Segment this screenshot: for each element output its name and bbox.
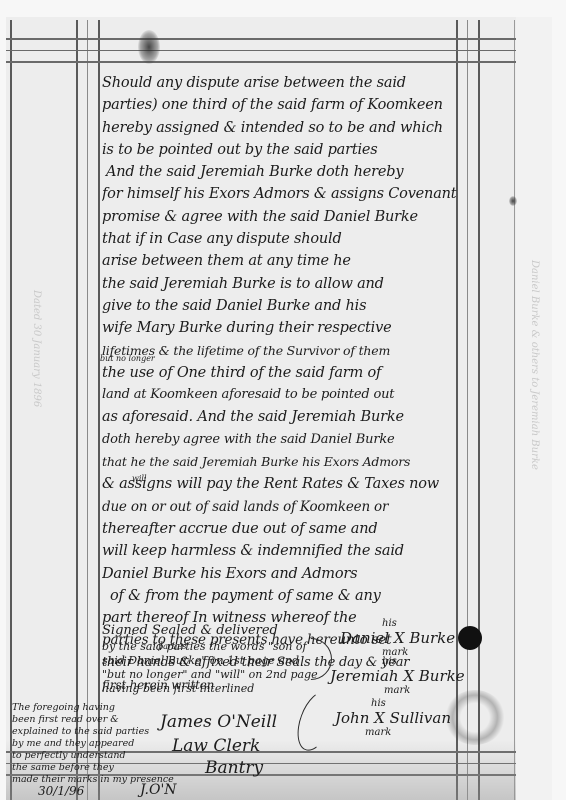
interlineation-will: will bbox=[132, 474, 147, 483]
note-line: been first read over & bbox=[12, 714, 162, 726]
bleed-through-left: Dated 30 January 1896 bbox=[31, 290, 42, 407]
body-line: wife Mary Burke during their respective bbox=[102, 317, 457, 339]
signature-his: his bbox=[330, 656, 465, 667]
signature-name: Jeremiah X Burke bbox=[330, 667, 465, 685]
body-line: land at Koomkeen aforesaid to be pointed… bbox=[102, 384, 457, 406]
body-line: hereby assigned & intended so to be and … bbox=[102, 117, 457, 139]
body-line: parties) one third of the said farm of K… bbox=[102, 94, 457, 116]
signature-his: his bbox=[335, 698, 451, 709]
witness-name: James O'Neill bbox=[160, 712, 277, 732]
body-line: that if in Case any dispute should bbox=[102, 228, 457, 250]
body-line: promise & agree with the said Daniel Bur… bbox=[102, 206, 457, 228]
seal-stain bbox=[445, 690, 505, 745]
signature-name: John X Sullivan bbox=[335, 709, 451, 727]
body-line: that he the said Jeremiah Burke his Exor… bbox=[102, 451, 457, 473]
body-line: is to be pointed out by the said parties bbox=[102, 139, 457, 161]
body-line: will keep harmless & indemnified the sai… bbox=[102, 540, 457, 562]
signature-mark: mark bbox=[330, 685, 465, 696]
witness-title: Law Clerk bbox=[172, 736, 260, 756]
body-line: And the said Jeremiah Burke doth hereby bbox=[102, 161, 457, 183]
signature-name: Daniel X Burke bbox=[340, 629, 455, 647]
frame-top-rule-1 bbox=[6, 38, 516, 40]
signature-his: his bbox=[340, 618, 455, 629]
attestation-line: by the said parties the words "son of bbox=[102, 640, 322, 654]
frame-left-rule-3 bbox=[98, 20, 100, 800]
attestation-line: "but no longer" and "will" on 2nd page bbox=[102, 668, 322, 682]
body-line: Should any dispute arise between the sai… bbox=[102, 72, 457, 94]
signature-mark: mark bbox=[335, 727, 451, 738]
note-line: explained to the said parties bbox=[12, 726, 162, 738]
margin-certification-note: The foregoing having been first read ove… bbox=[12, 702, 162, 786]
attestation-line: having been first interlined bbox=[102, 682, 322, 696]
signature-john-sullivan: his John X Sullivan mark bbox=[335, 698, 451, 738]
witness-place: Bantry bbox=[205, 758, 263, 778]
interlineation-but-no-longer: but no longer bbox=[100, 354, 155, 363]
body-line: give to the said Daniel Burke and his bbox=[102, 295, 457, 317]
note-date: 30/1/96 bbox=[38, 784, 84, 798]
body-line: arise between them at any time he bbox=[102, 250, 457, 272]
body-line: due on or out of said lands of Koomkeen … bbox=[102, 496, 457, 518]
note-line: by me and they appeared bbox=[12, 738, 162, 750]
body-line: as aforesaid. And the said Jeremiah Burk… bbox=[102, 406, 457, 428]
attestation-line: Signed Sealed & delivered bbox=[102, 622, 322, 640]
note-initials: J.O'N bbox=[140, 782, 177, 798]
frame-left-rule-1 bbox=[76, 20, 78, 800]
frame-left-rule-2 bbox=[87, 20, 88, 800]
frame-left-outer-rule bbox=[10, 20, 12, 800]
note-line: The foregoing having bbox=[12, 702, 162, 714]
frame-top-rule-2 bbox=[6, 50, 516, 51]
deed-body-text: Should any dispute arise between the sai… bbox=[102, 72, 457, 696]
note-line: the same before they bbox=[12, 762, 162, 774]
ink-smudge bbox=[138, 30, 160, 64]
body-line: Daniel Burke his Exors and Admors bbox=[102, 563, 457, 585]
frame-top-rule-3 bbox=[6, 61, 516, 63]
frame-right-rule-2 bbox=[467, 20, 468, 800]
body-line: the said Jeremiah Burke is to allow and bbox=[102, 273, 457, 295]
body-line: thereafter accrue due out of same and bbox=[102, 518, 457, 540]
frame-right-outer-rule bbox=[514, 20, 515, 800]
note-line: to perfectly understand bbox=[12, 750, 162, 762]
body-line: & assigns will pay the Rent Rates & Taxe… bbox=[102, 473, 457, 495]
body-line: the use of One third of the said farm of bbox=[102, 362, 457, 384]
body-line: for himself his Exors Admors & assigns C… bbox=[102, 183, 457, 205]
bleed-through-right: Daniel Burke & others to Jeremiah Burke bbox=[529, 260, 540, 470]
body-line: of & from the payment of same & any bbox=[102, 585, 457, 607]
signature-daniel-burke: his Daniel X Burke mark bbox=[340, 618, 455, 658]
frame-right-rule-3 bbox=[478, 20, 480, 800]
wax-seal-mark bbox=[458, 626, 482, 650]
body-line: lifetimes & the lifetime of the Survivor… bbox=[102, 340, 457, 362]
ink-dot bbox=[509, 196, 517, 206]
signature-jeremiah-burke: his Jeremiah X Burke mark bbox=[330, 656, 465, 696]
body-line: doth hereby agree with the said Daniel B… bbox=[102, 429, 457, 451]
